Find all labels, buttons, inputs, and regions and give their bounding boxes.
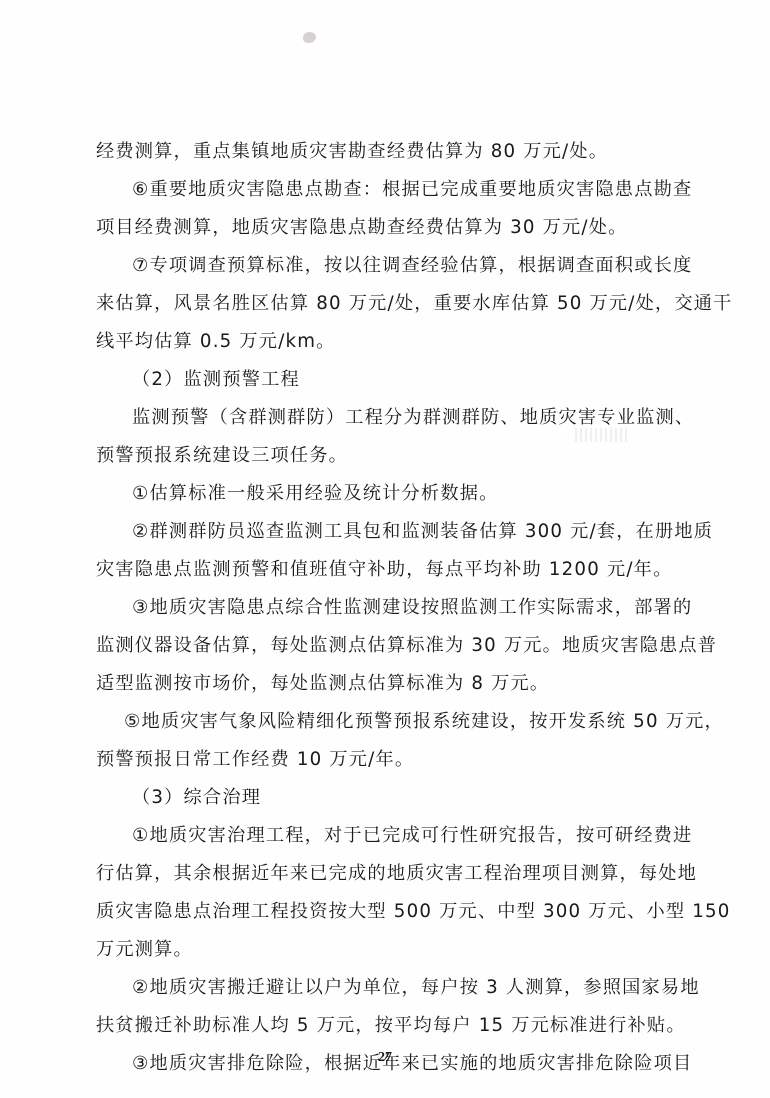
text-line: 灾害隐患点监测预警和值班值守补助，每点平均补助 1200 元/年。	[96, 551, 680, 589]
text-line: 扶贫搬迁补助标准人均 5 万元，按平均每户 15 万元标准进行补贴。	[96, 1007, 680, 1045]
text-line: （2）监测预警工程	[96, 361, 680, 399]
text-line: 监测仪器设备估算，每处监测点估算标准为 30 万元。地质灾害隐患点普	[96, 627, 680, 665]
scan-smudge	[303, 32, 316, 43]
page-number: 27	[0, 1050, 770, 1066]
text-line: 监测预警（含群测群防）工程分为群测群防、地质灾害专业监测、	[96, 399, 680, 437]
text-line: 来估算，风景名胜区估算 80 万元/处，重要水库估算 50 万元/处，交通干	[96, 285, 680, 323]
text-line: 预警预报系统建设三项任务。	[96, 437, 680, 475]
text-line: 经费测算，重点集镇地质灾害勘查经费估算为 80 万元/处。	[96, 133, 680, 171]
body-text: 经费测算，重点集镇地质灾害勘查经费估算为 80 万元/处。⑥重要地质灾害隐患点勘…	[96, 133, 680, 1083]
document-page: 经费测算，重点集镇地质灾害勘查经费估算为 80 万元/处。⑥重要地质灾害隐患点勘…	[0, 0, 770, 1098]
text-line: ②地质灾害搬迁避让以户为单位，每户按 3 人测算，参照国家易地	[96, 969, 680, 1007]
text-line: ⑤地质灾害气象风险精细化预警预报系统建设，按开发系统 50 万元，	[96, 703, 680, 741]
text-line: ①估算标准一般采用经验及统计分析数据。	[96, 475, 680, 513]
text-line: ⑥重要地质灾害隐患点勘查：根据已完成重要地质灾害隐患点勘查	[96, 171, 680, 209]
text-line: （3）综合治理	[96, 779, 680, 817]
text-line: 线平均估算 0.5 万元/km。	[96, 323, 680, 361]
text-line: ②群测群防员巡查监测工具包和监测装备估算 300 元/套，在册地质	[96, 513, 680, 551]
text-line: 预警预报日常工作经费 10 万元/年。	[96, 741, 680, 779]
text-line: ①地质灾害治理工程，对于已完成可行性研究报告，按可研经费进	[96, 817, 680, 855]
text-line: 质灾害隐患点治理工程投资按大型 500 万元、中型 300 万元、小型 150	[96, 893, 680, 931]
text-line: 行估算，其余根据近年来已完成的地质灾害工程治理项目测算，每处地	[96, 855, 680, 893]
text-line: 万元测算。	[96, 931, 680, 969]
text-line: 适型监测按市场价，每处监测点估算标准为 8 万元。	[96, 665, 680, 703]
text-line: 项目经费测算，地质灾害隐患点勘查经费估算为 30 万元/处。	[96, 209, 680, 247]
text-line: ③地质灾害隐患点综合性监测建设按照监测工作实际需求，部署的	[96, 589, 680, 627]
text-line: ⑦专项调查预算标准，按以往调查经验估算，根据调查面积或长度	[96, 247, 680, 285]
